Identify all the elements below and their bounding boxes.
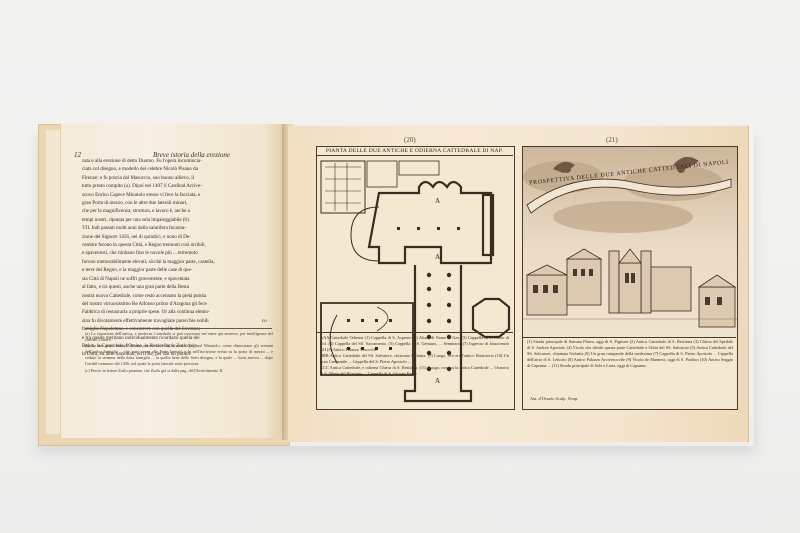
body-line: e spaventosi, che rimbano fino le nuvole… — [82, 249, 274, 257]
floor-plan-title: Pianta delle due antiche e odierna Catte… — [316, 148, 513, 156]
plan-legend: AAA Cattedrale Odierna (1) Cappella di S… — [320, 335, 509, 377]
perspective-legend-rule — [522, 337, 736, 338]
body-line: gran Porta di mezzo, con le altre due la… — [82, 199, 274, 207]
plan-legend-entry: CCC Antica Cattedrale, e odierna Chiesa … — [320, 365, 509, 377]
body-line: tempi nostri, riputata per una sola impa… — [82, 216, 274, 224]
body-line: VII. Indi passati molti anni dalla salut… — [82, 224, 274, 232]
perspective-legend: (1) Strada principale di Summa Platea, o… — [527, 339, 733, 369]
body-line: ciata col disegno, e modello del celebre… — [82, 165, 274, 173]
body-line: scovo Enrico Capece Minutolo eresse vi f… — [82, 191, 274, 199]
body-line: cembre furono in questa Città, e Regno t… — [82, 241, 274, 249]
body-line: e terre del Regno, e la maggior parte de… — [82, 266, 274, 274]
body-line: Fabbrica di restaurarla a proprie spese.… — [82, 308, 274, 316]
body-line: furono memorabilmente elevati; sicchè la… — [82, 258, 274, 266]
body-line: nostra nuova Cattedrale, come restò acce… — [82, 292, 274, 300]
body-line: zione del Signore 1456, nel di quindici,… — [82, 233, 274, 241]
footnote: (c) Perciò in lettere Zurlo piantata, ch… — [85, 368, 273, 374]
catchword: co — [262, 319, 267, 324]
plate-left-number: (20) — [404, 136, 416, 144]
body-line: zata e alla erezione di detto Duomo. Fu … — [82, 157, 274, 165]
plan-legend-entry: AAA Cattedrale Odierna (1) Cappella di S… — [320, 335, 509, 353]
body-line: al fatto, e tra questi, anche una gran p… — [82, 283, 274, 291]
body-line: sina fu divotamente effettivamente trava… — [82, 317, 274, 325]
footnote-rule — [85, 328, 272, 329]
page-number: 12 — [74, 151, 81, 159]
body-line: del nostro virtuosissimo Re Alfonso prim… — [82, 300, 274, 308]
perspective-plate — [522, 146, 738, 410]
svg-text:A: A — [435, 253, 440, 261]
plan-legend-entry: BBB Antica Cattedrale del SS. Salvatore,… — [320, 353, 509, 365]
body-line: Firenze; e fu poscia dal Masuccio, suo b… — [82, 174, 274, 182]
footnote: (b) Le sue porte laterali furono ancora … — [85, 343, 273, 367]
body-line: che per la magnificenza, struttura, e la… — [82, 207, 274, 215]
footnote: (a) La situazione dell'antica, e moderna… — [85, 331, 273, 343]
plate-right-number: (21) — [606, 136, 618, 144]
svg-text:A: A — [435, 197, 440, 205]
body-line: tutto presto compito (a). Dipoi nel 1407… — [82, 182, 274, 190]
body-line: sta Città di Napoli ne soffrì gravemente… — [82, 275, 274, 283]
svg-text:A: A — [435, 377, 440, 385]
plan-legend-rule — [316, 332, 513, 333]
engraver-signature: Ant. d'Orazio Sculp. Neap. — [530, 396, 578, 401]
footnotes: (a) La situazione dell'antica, e moderna… — [85, 331, 273, 374]
